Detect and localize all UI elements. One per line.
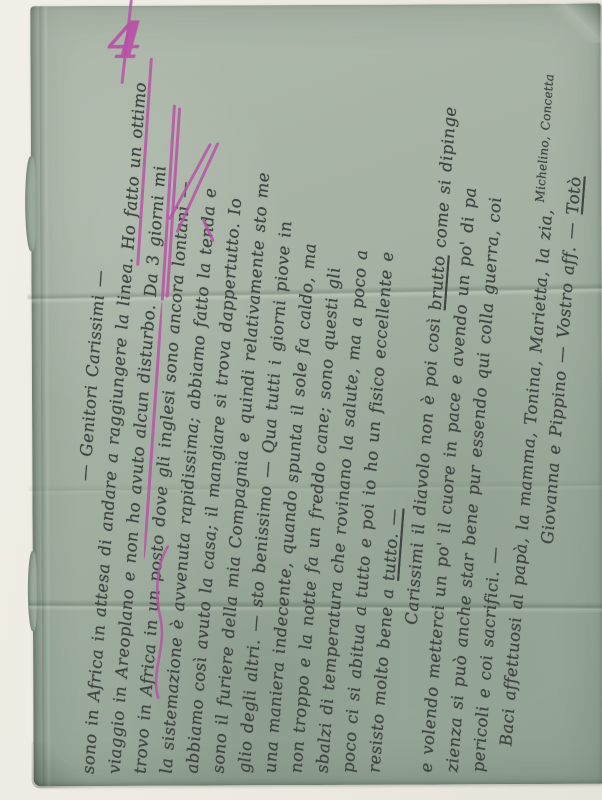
torn-edge-flap bbox=[25, 156, 36, 251]
ink-underlined-word: tutto. — bbox=[379, 508, 404, 580]
letter-paper: — Genitori Carissimi —sono in Africa in … bbox=[30, 4, 602, 786]
ink-underlined-word: brutto bbox=[426, 256, 449, 311]
ink-underlined-word: Totò bbox=[563, 177, 585, 215]
rotated-letter-text: — Genitori Carissimi —sono in Africa in … bbox=[35, 7, 602, 784]
torn-edge-flap bbox=[28, 551, 37, 631]
letter-photo: — Genitori Carissimi —sono in Africa in … bbox=[0, 0, 602, 800]
handwritten-lines: — Genitori Carissimi —sono in Africa in … bbox=[49, 7, 601, 774]
